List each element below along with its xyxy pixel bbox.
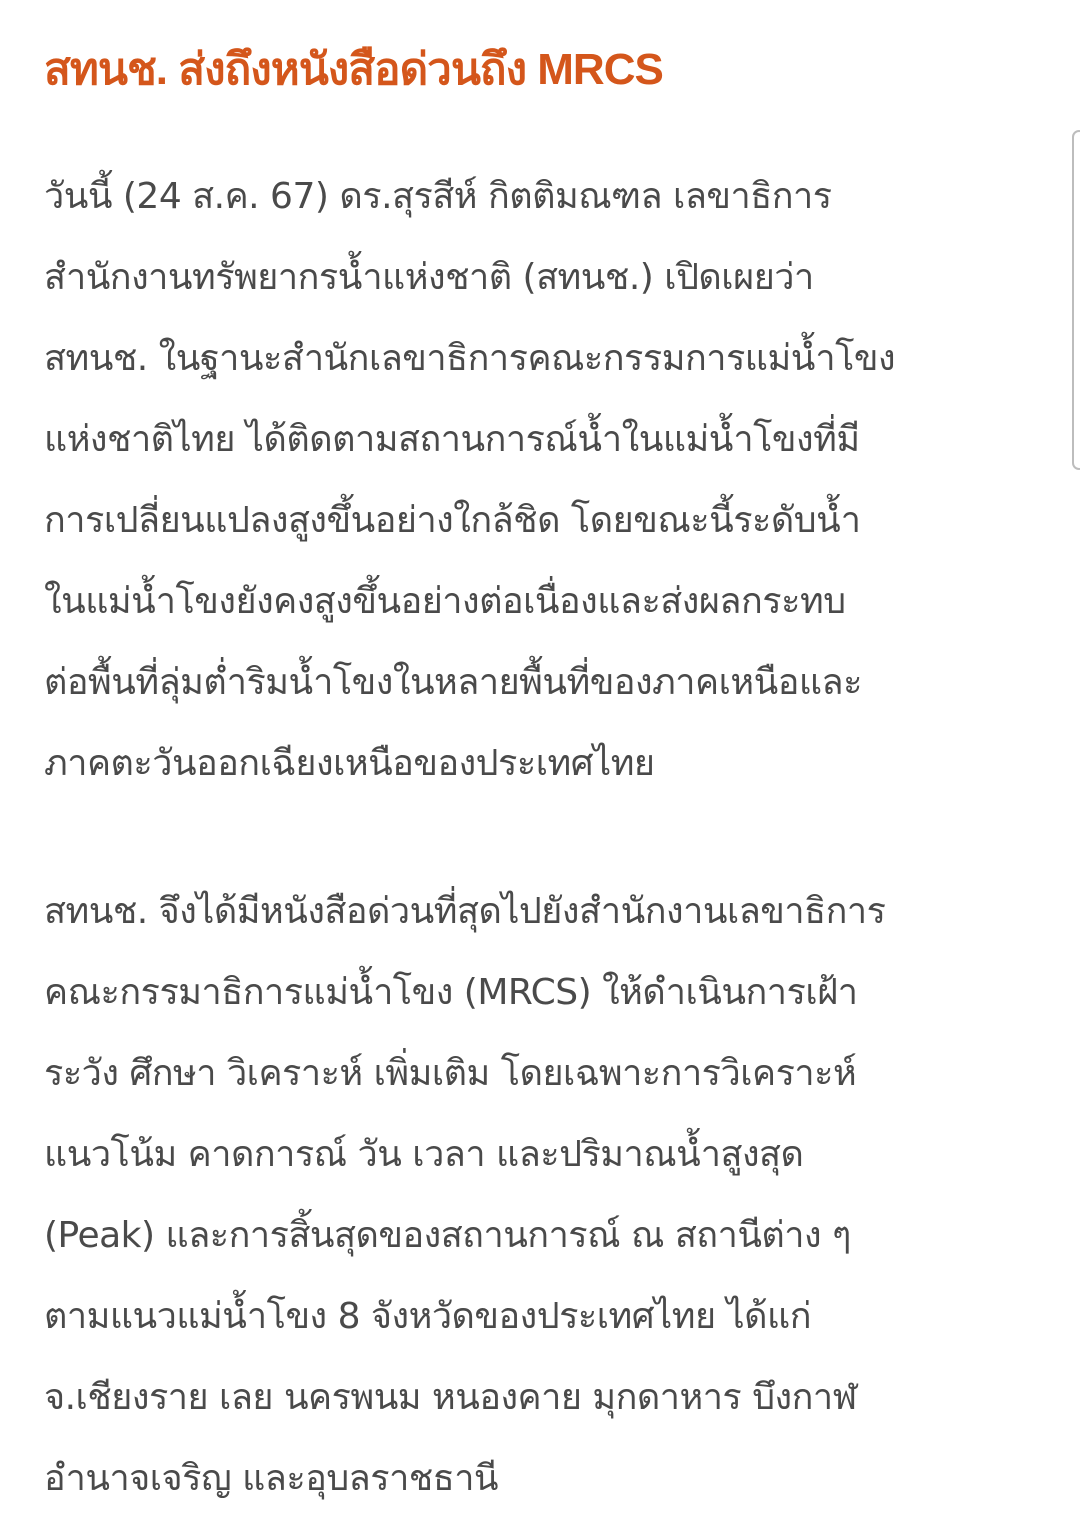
paragraph-line: (Peak) และการสิ้นสุดของสถานการณ์ ณ สถานี… [44,1195,1054,1276]
paragraph-line: ภาคตะวันออกเฉียงเหนือของประเทศไทย [44,723,1054,804]
article-headline: สทนช. ส่งถึงหนังสือด่วนถึง MRCS [44,40,663,100]
paragraph-line: การเปลี่ยนแปลงสูงขึ้นอย่างใกล้ชิด โดยขณะ… [44,480,1054,561]
paragraph-line: ในแม่น้ำโขงยังคงสูงขึ้นอย่างต่อเนื่องและ… [44,561,1054,642]
paragraph-line: ต่อพื้นที่ลุ่มต่ำริมน้ำโขงในหลายพื้นที่ข… [44,642,1054,723]
article-paragraph-1: วันนี้ (24 ส.ค. 67) ดร.สุรสีห์ กิตติมณฑล… [44,156,1054,804]
paragraph-line: แห่งชาติไทย ได้ติดตามสถานการณ์น้ำในแม่น้… [44,399,1054,480]
paragraph-line: ตามแนวแม่น้ำโขง 8 จังหวัดของประเทศไทย ได… [44,1276,1054,1357]
paragraph-line: วันนี้ (24 ส.ค. 67) ดร.สุรสีห์ กิตติมณฑล… [44,156,1054,237]
paragraph-line: จ.เชียงราย เลย นครพนม หนองคาย มุกดาหาร บ… [44,1357,1054,1438]
paragraph-line: สทนช. จึงได้มีหนังสือด่วนที่สุดไปยังสำนั… [44,871,1054,952]
scrollbar-handle[interactable] [1072,130,1080,470]
paragraph-line: สำนักงานทรัพยากรน้ำแห่งชาติ (สทนช.) เปิด… [44,237,1054,318]
paragraph-line: คณะกรรมาธิการแม่น้ำโขง (MRCS) ให้ดำเนินก… [44,952,1054,1033]
paragraph-line: แนวโน้ม คาดการณ์ วัน เวลา และปริมาณน้ำสู… [44,1114,1054,1195]
paragraph-line: สทนช. ในฐานะสำนักเลขาธิการคณะกรรมการแม่น… [44,318,1054,399]
article-paragraph-2: สทนช. จึงได้มีหนังสือด่วนที่สุดไปยังสำนั… [44,871,1054,1519]
paragraph-line: อำนาจเจริญ และอุบลราชธานี [44,1438,1054,1519]
paragraph-line: ระวัง ศึกษา วิเคราะห์ เพิ่มเติม โดยเฉพาะ… [44,1033,1054,1114]
